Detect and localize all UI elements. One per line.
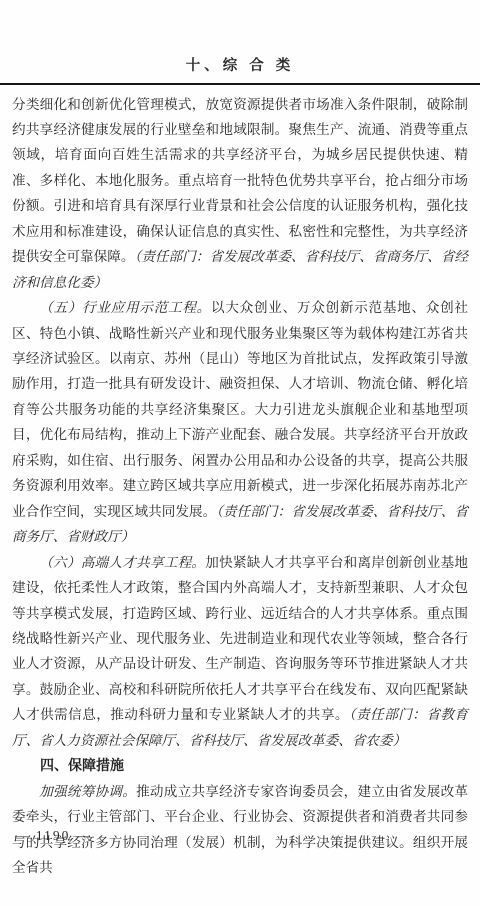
document-body: 分类细化和创新优化管理模式，放宽资源提供者市场准入条件限制，破除制约共享经济健康… xyxy=(12,92,468,881)
paragraph-clause-6: （六）高端人才共享工程。加快紧缺人才共享平台和离岸创新创业基地建设，依托柔性人才… xyxy=(12,550,468,754)
page-header: 十、综 合 类 xyxy=(0,0,480,74)
page-number: — 1190 — xyxy=(15,828,91,843)
section-heading-text: 四、保障措施 xyxy=(40,757,124,773)
document-page: 十、综 合 类 分类细化和创新优化管理模式，放宽资源提供者市场准入条件限制，破除… xyxy=(0,0,480,906)
page-footer: — 1190 — xyxy=(15,828,91,844)
paragraph-lead: 加强统筹协调。 xyxy=(39,784,136,799)
paragraph-clause-5: （五）行业应用示范工程。以大众创业、万众创新示范基地、众创社区、特色小镇、战略性… xyxy=(12,295,468,550)
running-head-title: 十、综 合 类 xyxy=(186,58,295,74)
paragraph-continuation: 分类细化和创新优化管理模式，放宽资源提供者市场准入条件限制，破除制约共享经济健康… xyxy=(12,92,468,296)
section-heading-safeguards: 四、保障措施 xyxy=(12,753,468,778)
paragraph-text: 以大众创业、万众创新示范基地、众创社区、特色小镇、战略性新兴产业和现代服务业集聚… xyxy=(12,300,468,519)
clause-5-lead: （五）行业应用示范工程。 xyxy=(39,300,211,315)
header-rule xyxy=(0,83,480,85)
paragraph-text: 分类细化和创新优化管理模式，放宽资源提供者市场准入条件限制，破除制约共享经济健康… xyxy=(12,97,468,265)
clause-6-lead: （六）高端人才共享工程。 xyxy=(39,555,205,570)
paragraph-text: 加快紧缺人才共享平台和离岸创新创业基地建设，依托柔性人才政策，整合国内外高端人才… xyxy=(12,555,468,723)
